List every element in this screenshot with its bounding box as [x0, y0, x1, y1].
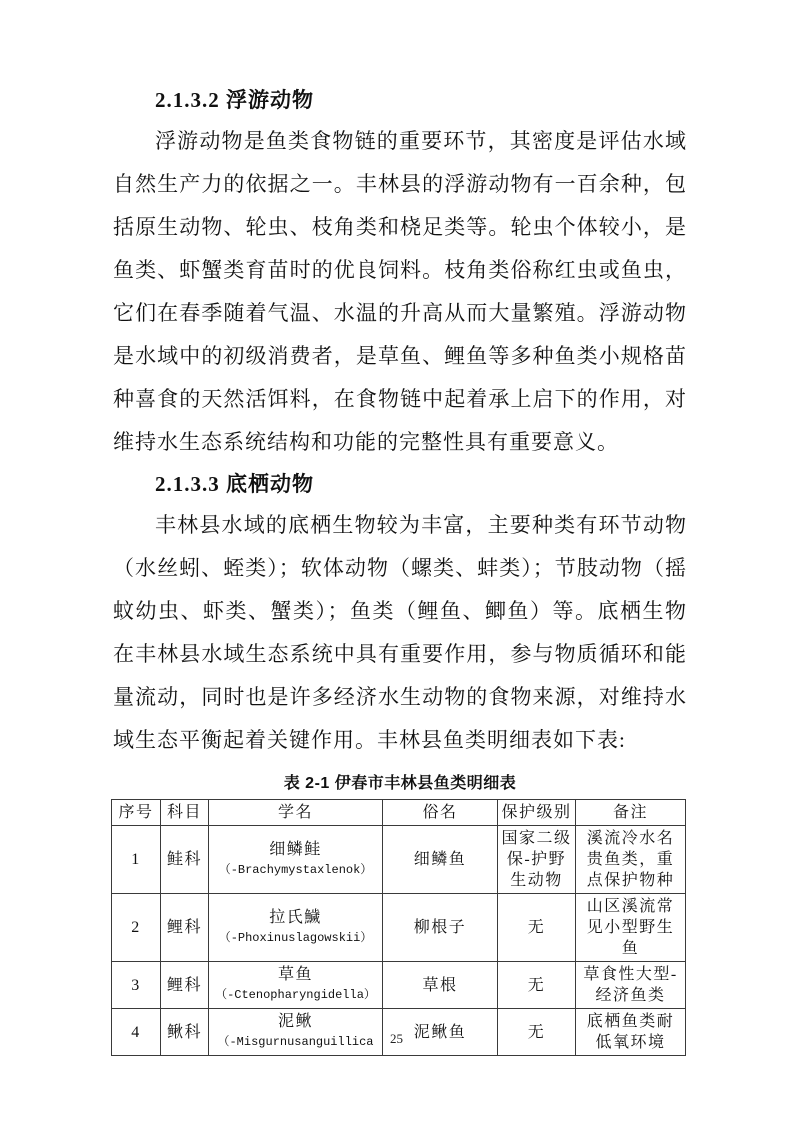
cell-protection: 无 [498, 962, 576, 1009]
sci-name-latin: （-Phoxinuslagowskii） [212, 928, 379, 949]
cell-sci-name: 草鱼 （-Ctenopharyngidella） [209, 962, 383, 1009]
cell-no: 1 [112, 826, 161, 894]
cell-protection: 无 [498, 894, 576, 962]
document-body: 2.1.3.2 浮游动物 浮游动物是鱼类食物链的重要环节，其密度是评估水域自然生… [113, 80, 687, 1056]
table-caption: 表 2-1 伊春市丰林县鱼类明细表 [113, 770, 687, 793]
document-page: 2.1.3.2 浮游动物 浮游动物是鱼类食物链的重要环节，其密度是评估水域自然生… [0, 0, 793, 1122]
cell-sci-name: 拉氏鱥 （-Phoxinuslagowskii） [209, 894, 383, 962]
page-number: 25 [0, 1031, 793, 1047]
paragraph-benthic: 丰林县水域的底栖生物较为丰富，主要种类有环节动物（水丝蚓、蛭类）；软体动物（螺类… [113, 504, 687, 762]
col-header-common-name: 俗名 [383, 800, 498, 826]
sci-name-cn: 草鱼 [212, 964, 379, 985]
cell-family: 鲤科 [161, 894, 209, 962]
cell-common-name: 细鳞鱼 [383, 826, 498, 894]
fish-species-table: 序号 科目 学名 俗名 保护级别 备注 1 鲑科 细鳞鲑 （-Brachymys… [111, 799, 686, 1056]
col-header-sci-name: 学名 [209, 800, 383, 826]
cell-common-name: 柳根子 [383, 894, 498, 962]
sci-name-cn: 细鳞鲑 [212, 839, 379, 860]
table-row: 2 鲤科 拉氏鱥 （-Phoxinuslagowskii） 柳根子 无 山区溪流… [112, 894, 686, 962]
table-row: 1 鲑科 细鳞鲑 （-Brachymystaxlenok） 细鳞鱼 国家二级保-… [112, 826, 686, 894]
section-heading-benthic: 2.1.3.3 底栖动物 [155, 464, 687, 504]
table-header-row: 序号 科目 学名 俗名 保护级别 备注 [112, 800, 686, 826]
cell-note: 山区溪流常见小型野生鱼 [576, 894, 686, 962]
col-header-protection: 保护级别 [498, 800, 576, 826]
col-header-family: 科目 [161, 800, 209, 826]
col-header-no: 序号 [112, 800, 161, 826]
section-heading-plankton: 2.1.3.2 浮游动物 [155, 80, 687, 120]
cell-note: 草食性大型-经济鱼类 [576, 962, 686, 1009]
sci-name-cn: 泥鳅 [212, 1011, 379, 1032]
sci-name-cn: 拉氏鱥 [212, 907, 379, 928]
cell-common-name: 草根 [383, 962, 498, 1009]
cell-family: 鲑科 [161, 826, 209, 894]
cell-protection: 国家二级保-护野生动物 [498, 826, 576, 894]
cell-no: 3 [112, 962, 161, 1009]
cell-sci-name: 细鳞鲑 （-Brachymystaxlenok） [209, 826, 383, 894]
cell-family: 鲤科 [161, 962, 209, 1009]
cell-no: 2 [112, 894, 161, 962]
sci-name-latin: （-Ctenopharyngidella） [212, 985, 379, 1006]
paragraph-plankton: 浮游动物是鱼类食物链的重要环节，其密度是评估水域自然生产力的依据之一。丰林县的浮… [113, 120, 687, 464]
sci-name-latin: （-Brachymystaxlenok） [212, 860, 379, 881]
cell-note: 溪流冷水名贵鱼类，重点保护物种 [576, 826, 686, 894]
table-row: 3 鲤科 草鱼 （-Ctenopharyngidella） 草根 无 草食性大型… [112, 962, 686, 1009]
col-header-note: 备注 [576, 800, 686, 826]
